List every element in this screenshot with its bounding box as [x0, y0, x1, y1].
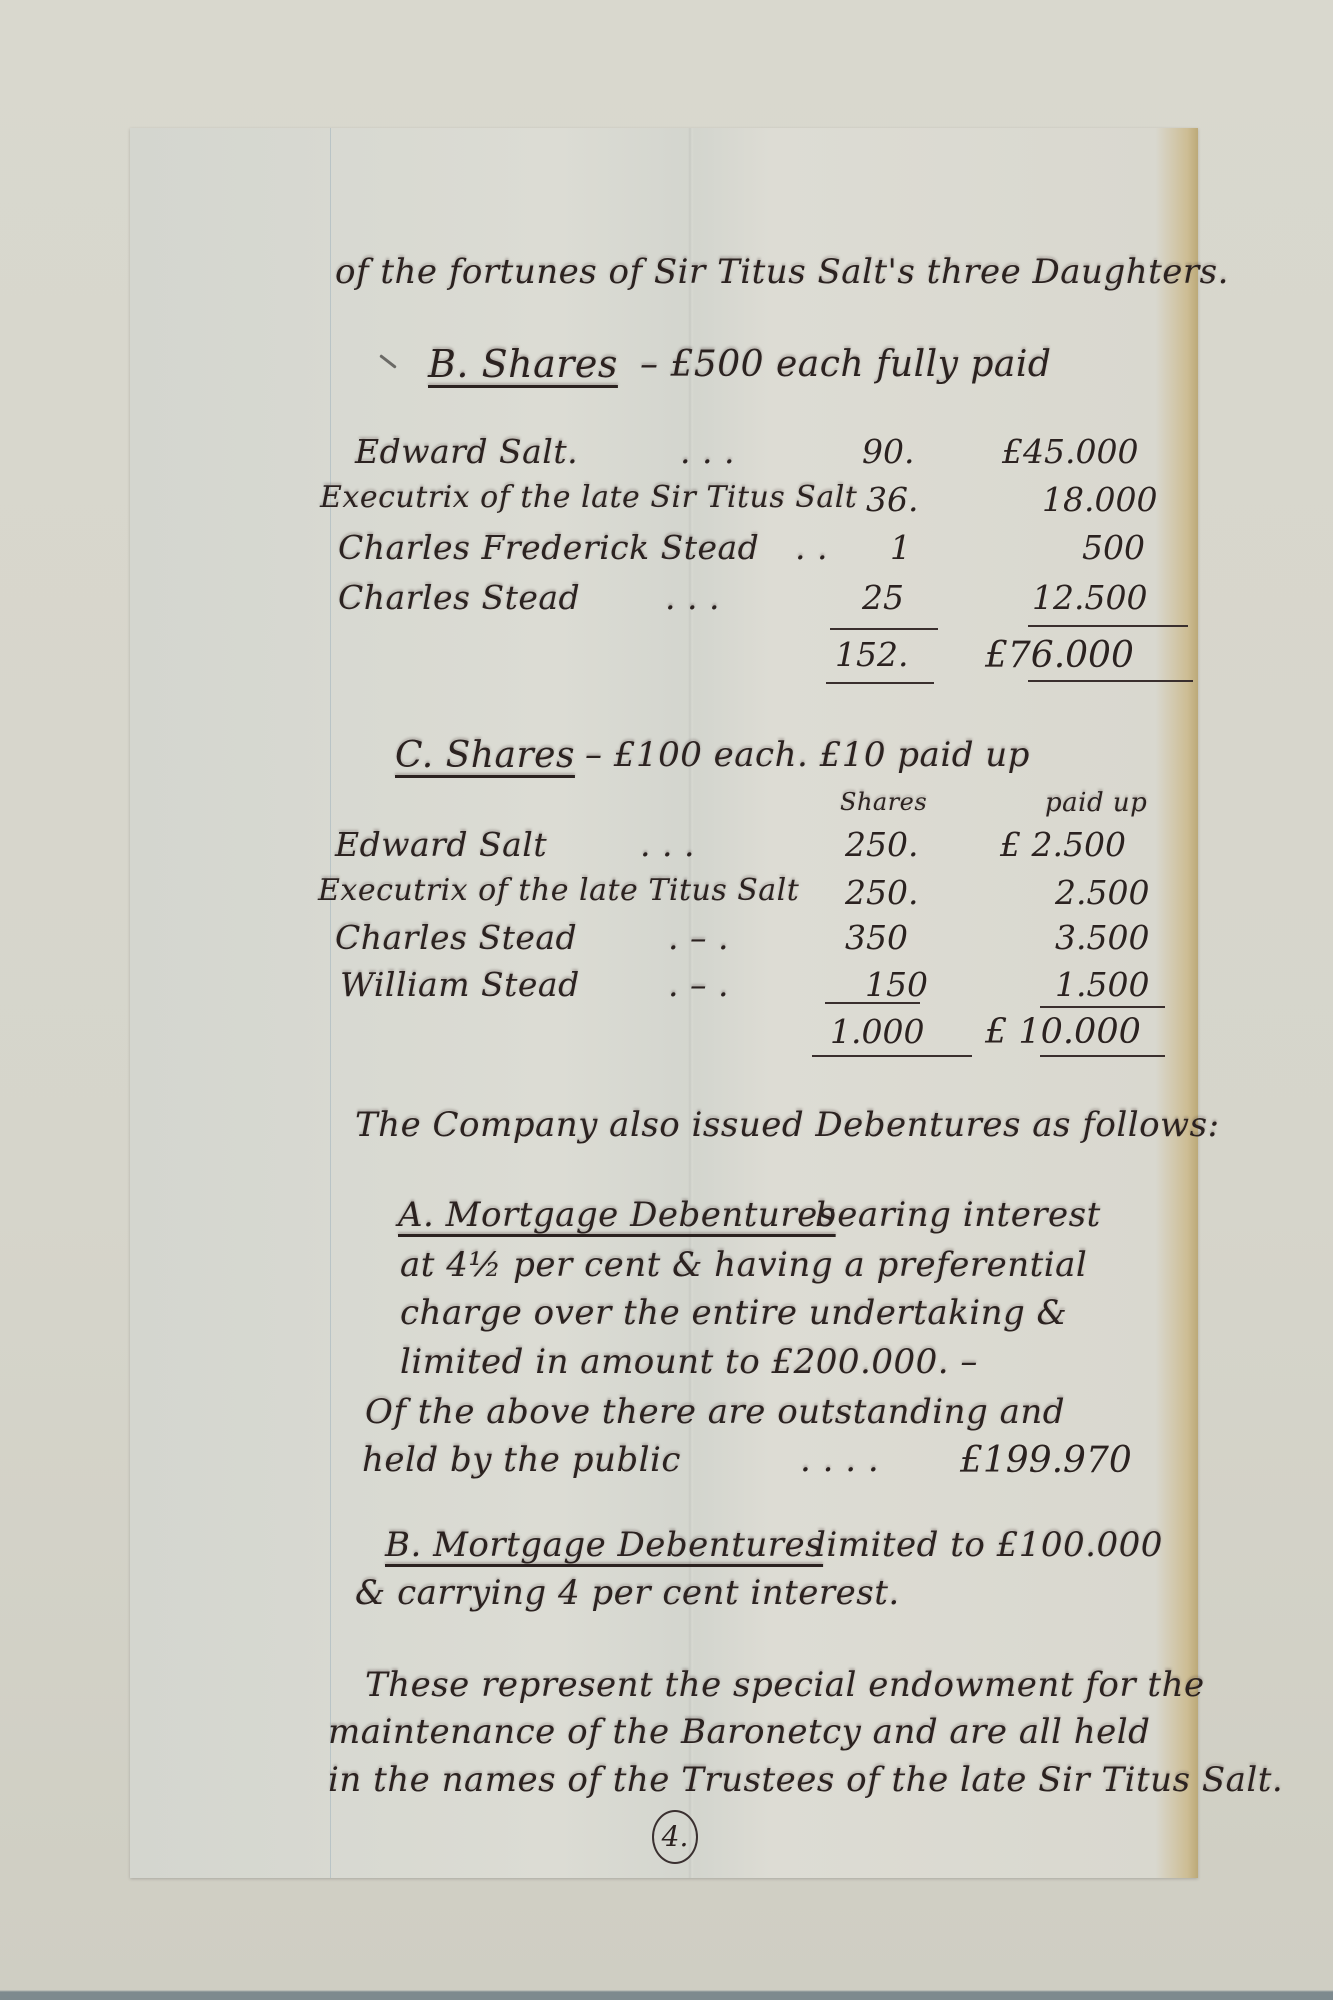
c-row-shares: 150 — [865, 965, 928, 1004]
c-row-amount: 3.500 — [1055, 918, 1149, 957]
b-mortgage-limit: limited to £100.000 — [815, 1525, 1163, 1565]
held-by-public-line: held by the public — [362, 1440, 681, 1480]
b-row-amount: 18.000 — [1042, 480, 1157, 519]
b-row-leader: . . . — [665, 578, 720, 617]
b-row-name: Executrix of the late Sir Titus Salt — [320, 480, 857, 515]
b-shares-title: B. Shares — [428, 342, 618, 386]
c-amount-subtotal-rule — [1040, 1006, 1165, 1008]
b-row-shares: 25 — [862, 578, 904, 617]
paper-nick-mark — [379, 354, 397, 369]
c-row-amount: 1.500 — [1055, 965, 1149, 1004]
debentures-intro: The Company also issued Debentures as fo… — [355, 1105, 1220, 1145]
b-shares-subtotal-rule — [830, 628, 938, 630]
a-mortgage-line: charge over the entire undertaking & — [400, 1293, 1067, 1333]
b-total-shares: 152. — [835, 635, 908, 674]
c-row-shares: 250. — [845, 873, 918, 912]
b-row-name: Charles Frederick Stead — [338, 528, 759, 567]
c-row-shares: 350 — [845, 918, 908, 957]
b-total-amount: £76.000 — [985, 635, 1134, 676]
outstanding-amount: £199.970 — [960, 1440, 1132, 1481]
b-mortgage-interest: & carrying 4 per cent interest. — [355, 1573, 900, 1613]
a-mortgage-title: A. Mortgage Debentures — [398, 1195, 836, 1235]
b-row-amount: 12.500 — [1032, 578, 1147, 617]
b-amount-total-rule — [1028, 680, 1193, 682]
b-shares-total-rule — [826, 682, 934, 684]
c-row-name: Executrix of the late Titus Salt — [318, 873, 799, 908]
manuscript-page — [130, 128, 1198, 1878]
outstanding-leader: . . . . — [800, 1440, 879, 1480]
a-mortgage-line: bearing interest — [815, 1195, 1101, 1235]
b-row-amount: £45.000 — [1002, 432, 1138, 471]
c-col-shares-header: Shares — [840, 788, 927, 816]
c-shares-total-rule — [812, 1055, 972, 1057]
outstanding-line: Of the above there are outstanding and — [365, 1392, 1065, 1432]
c-row-shares: 250. — [845, 825, 918, 864]
c-row-name: Charles Stead — [335, 918, 577, 957]
b-row-name: Edward Salt. — [355, 432, 578, 471]
b-amount-subtotal-rule — [1028, 625, 1188, 627]
closing-line: in the names of the Trustees of the late… — [328, 1760, 1283, 1800]
b-row-shares: 90. — [862, 432, 914, 471]
b-row-leader: . . — [795, 528, 828, 567]
c-row-leader: . . . — [640, 825, 695, 864]
closing-line: maintenance of the Baronetcy and are all… — [328, 1712, 1150, 1752]
margin-rule — [330, 128, 331, 1878]
a-mortgage-line: at 4½ per cent & having a preferential — [400, 1245, 1087, 1285]
b-row-leader: . . . — [680, 432, 735, 471]
c-row-amount: 2.500 — [1055, 873, 1149, 912]
b-row-amount: 500 — [1082, 528, 1145, 567]
b-row-shares: 1 — [890, 528, 911, 567]
b-shares-subtitle: – £500 each fully paid — [640, 344, 1051, 385]
c-row-leader: . – . — [668, 918, 729, 957]
c-row-amount: £ 2.500 — [1000, 825, 1126, 864]
c-shares-title: C. Shares — [395, 735, 575, 776]
c-row-name: Edward Salt — [335, 825, 547, 864]
c-col-paid-header: paid up — [1045, 788, 1147, 818]
circled-page-number: 4. — [652, 1810, 698, 1864]
b-row-name: Charles Stead — [338, 578, 580, 617]
b-row-shares: 36. — [866, 480, 918, 519]
c-amount-total-rule — [1040, 1055, 1165, 1057]
c-row-leader: . – . — [668, 965, 729, 1004]
a-mortgage-line: limited in amount to £200.000. – — [400, 1342, 978, 1382]
closing-line: These represent the special endowment fo… — [365, 1665, 1205, 1705]
c-total-amount: £ 10.000 — [985, 1012, 1141, 1052]
b-mortgage-title: B. Mortgage Debentures — [385, 1525, 823, 1565]
heading-line: of the fortunes of Sir Titus Salt's thre… — [335, 252, 1229, 292]
c-shares-subtotal-rule — [825, 1002, 920, 1004]
c-shares-subtitle: – £100 each. £10 paid up — [585, 735, 1030, 775]
c-row-name: William Stead — [340, 965, 580, 1004]
c-total-shares: 1.000 — [830, 1012, 924, 1051]
